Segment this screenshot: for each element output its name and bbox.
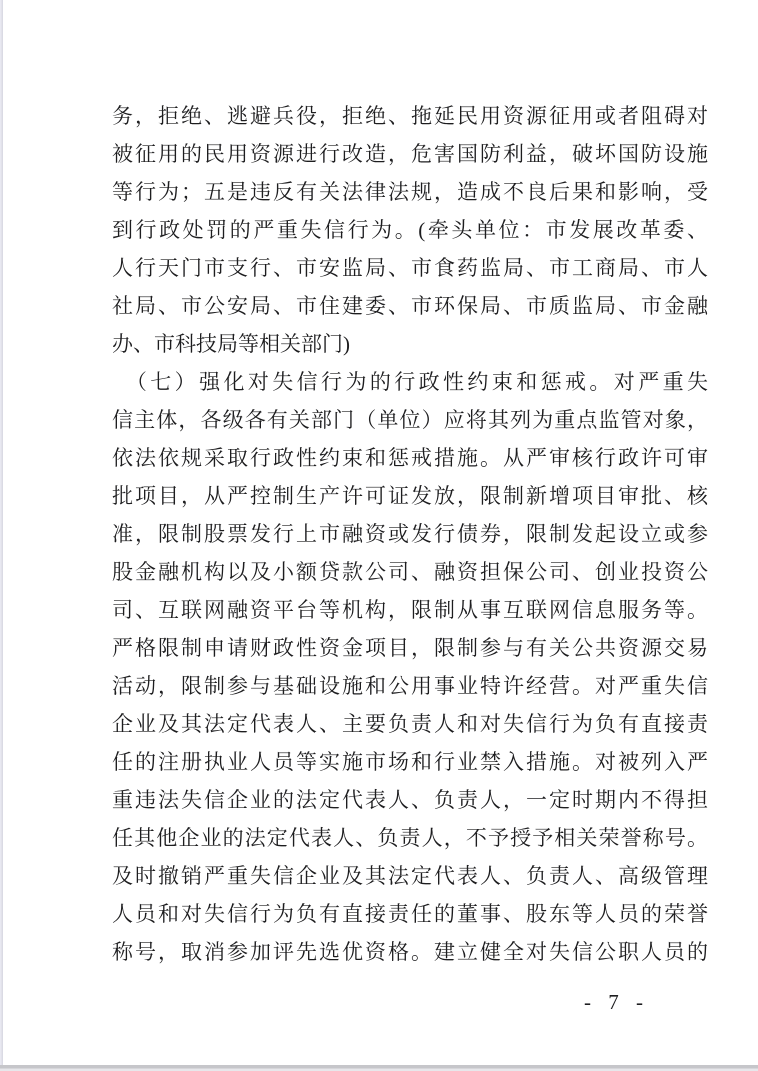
text-line: 准，限制股票发行上市融资或发行债券，限制发起设立或参 [112, 515, 708, 553]
text-line: 批项目，从严控制生产许可证发放，限制新增项目审批、核 [112, 477, 708, 515]
text-line: 人行天门市支行、市安监局、市食药监局、市工商局、市人 [112, 249, 708, 287]
text-line: 务，拒绝、逃避兵役，拒绝、拖延民用资源征用或者阻碍对 [112, 97, 708, 135]
paragraph-continuation: 务，拒绝、逃避兵役，拒绝、拖延民用资源征用或者阻碍对被征用的民用资源进行改造，危… [112, 97, 708, 363]
text-line: 人员和对失信行为负有直接责任的董事、股东等人员的荣誉 [112, 895, 708, 933]
text-line: 办、市科技局等相关部门) [112, 325, 708, 363]
text-line: 等行为；五是违反有关法律法规，造成不良后果和影响，受 [112, 173, 708, 211]
text-line: 被征用的民用资源进行改造，危害国防利益，破坏国防设施 [112, 135, 708, 173]
text-line: 及时撤销严重失信企业及其法定代表人、负责人、高级管理 [112, 857, 708, 895]
text-line: 社局、市公安局、市住建委、市环保局、市质监局、市金融 [112, 287, 708, 325]
text-line: 任其他企业的法定代表人、负责人，不予授予相关荣誉称号。 [112, 819, 708, 857]
text-line: 依法依规采取行政性约束和惩戒措施。从严审核行政许可审 [112, 439, 708, 477]
document-page: 务，拒绝、逃避兵役，拒绝、拖延民用资源征用或者阻碍对被征用的民用资源进行改造，危… [0, 0, 758, 1071]
text-line: 严格限制申请财政性资金项目，限制参与有关公共资源交易 [112, 629, 708, 667]
text-line: 信主体，各级各有关部门（单位）应将其列为重点监管对象， [112, 401, 708, 439]
text-line: 称号，取消参加评先选优资格。建立健全对失信公职人员的 [112, 933, 708, 971]
page-number: - 7 - [584, 990, 648, 1014]
text-line: 股金融机构以及小额贷款公司、融资担保公司、创业投资公 [112, 553, 708, 591]
text-line: 到行政处罚的严重失信行为。(牵头单位：市发展改革委、 [112, 211, 708, 249]
text-line: 重违法失信企业的法定代表人、负责人，一定时期内不得担 [112, 781, 708, 819]
text-line: （七）强化对失信行为的行政性约束和惩戒。对严重失 [112, 363, 708, 401]
text-line: 活动，限制参与基础设施和公用事业特许经营。对严重失信 [112, 667, 708, 705]
page-bottom-edge-shadow [0, 1065, 758, 1071]
text-line: 司、互联网融资平台等机构，限制从事互联网信息服务等。 [112, 591, 708, 629]
paragraph-section-seven: （七）强化对失信行为的行政性约束和惩戒。对严重失信主体，各级各有关部门（单位）应… [112, 363, 708, 971]
text-line: 企业及其法定代表人、主要负责人和对失信行为负有直接责 [112, 705, 708, 743]
page-left-edge-shadow [0, 0, 3, 1071]
text-line: 任的注册执业人员等实施市场和行业禁入措施。对被列入严 [112, 743, 708, 781]
document-body: 务，拒绝、逃避兵役，拒绝、拖延民用资源征用或者阻碍对被征用的民用资源进行改造，危… [112, 97, 708, 971]
